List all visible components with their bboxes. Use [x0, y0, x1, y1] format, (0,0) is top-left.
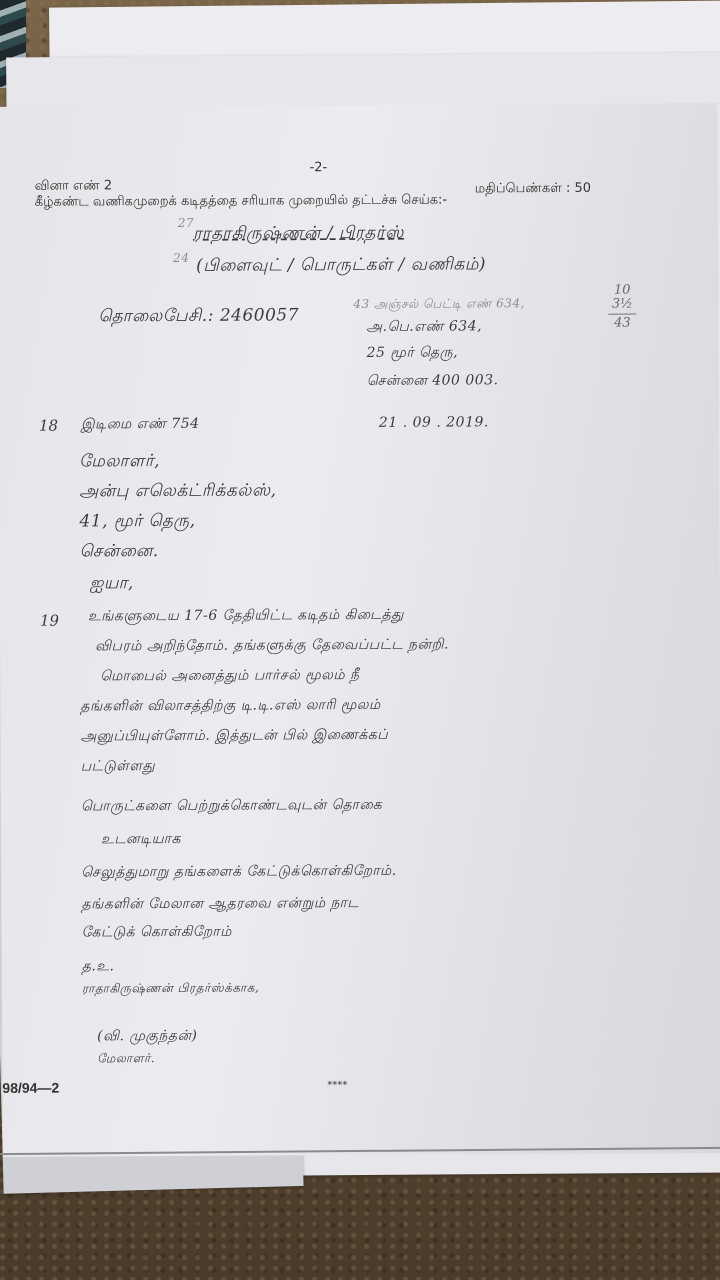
body-line: தங்களின் விலாசத்திற்கு டி.டி.எஸ் லாரி மூ… [80, 697, 380, 717]
marks-label: மதிப்பெண்கள் : 50 [475, 181, 591, 198]
score-bottom: 43 [608, 317, 636, 331]
salutation: ஐயா, [90, 573, 134, 595]
body-line: பொருட்களை பெற்றுக்கொண்டவுடன் தொகை [81, 797, 382, 817]
body-line: தங்களின் மேலான ஆதரவை என்றும் நாட [81, 895, 359, 914]
sender-company: ராதாகிருஷ்ணன் பிரதர்ஸ்க்காக, [82, 981, 259, 998]
score-middle: 3½ [608, 298, 636, 312]
body-line: விபரம் அறிந்தோம். தங்களுக்கு தேவைப்பட்ட … [95, 637, 449, 657]
address-line: அ.பெ.எண் 634, [366, 318, 482, 337]
margin-mark: 18 [39, 417, 58, 435]
margin-mark: 24 [173, 251, 189, 265]
footer-stars: **** [327, 1080, 347, 1091]
body-line: அனுப்பியுள்ளோம். இத்துடன் பில் இணைக்கப் [81, 727, 389, 747]
body-line: உங்களுடைய 17-6 தேதியிட்ட கடிதம் கிடைத்து [88, 607, 404, 627]
answer-sheet: -2- வினா எண் 2 மதிப்பெண்கள் : 50 கீழ்கண்… [0, 103, 720, 1157]
question-instruction: கீழ்கண்ட வணிகமுறைக் கடிதத்தை சரியாக முறை… [35, 193, 447, 211]
question-number: வினா எண் 2 [35, 178, 113, 194]
body-line: பட்டுள்ளது [81, 758, 156, 776]
margin-mark: 19 [40, 612, 59, 630]
page-number: -2- [310, 160, 328, 175]
letter-date: 21 . 09 . 2019. [379, 414, 489, 431]
recipient-line: 41, மூர் தெரு, [79, 511, 195, 534]
recipient-line: சென்னை. [80, 541, 159, 563]
address-line: சென்னை 400 003. [367, 372, 499, 391]
body-line: கேட்டுக் கொள்கிறோம் [82, 924, 232, 943]
body-line: செலுத்துமாறு தங்களைக் கேட்டுக்கொள்கிறோம்… [81, 863, 397, 883]
recipient-line: மேலாளர், [79, 451, 160, 473]
signatory-name: (வி. முகுந்தன்) [97, 1028, 197, 1047]
address-line: 25 மூர் தெரு, [367, 344, 459, 362]
company-type: (பிளைவுட் / பொருட்கள் / வணிகம்) [196, 254, 486, 278]
closing: த.உ. [82, 958, 115, 976]
phone-number: தொலைபேசி.: 2460057 [98, 305, 299, 328]
score-mark: 10 3½ 43 [608, 284, 636, 331]
margin-mark: 27 [178, 216, 194, 230]
body-line: உடனடியாக [101, 831, 181, 849]
address-line: 43 அஞ்சல் பெட்டி எண் 634, [353, 296, 525, 313]
reference-number: இடிமை எண் 754 [81, 416, 200, 435]
signatory-designation: மேலாளர். [97, 1051, 155, 1067]
footer-code: 98/94—2 [2, 1080, 59, 1096]
recipient-line: அன்பு எலெக்ட்ரிக்கல்ஸ், [79, 480, 276, 503]
score-top: 10 [608, 284, 636, 298]
body-line: மொபைல் அனைத்தும் பார்சல் மூலம் நீ [100, 667, 359, 686]
company-name: ராதாகிருஷ்ணன் / பிரதர்ஸ் [193, 223, 404, 246]
